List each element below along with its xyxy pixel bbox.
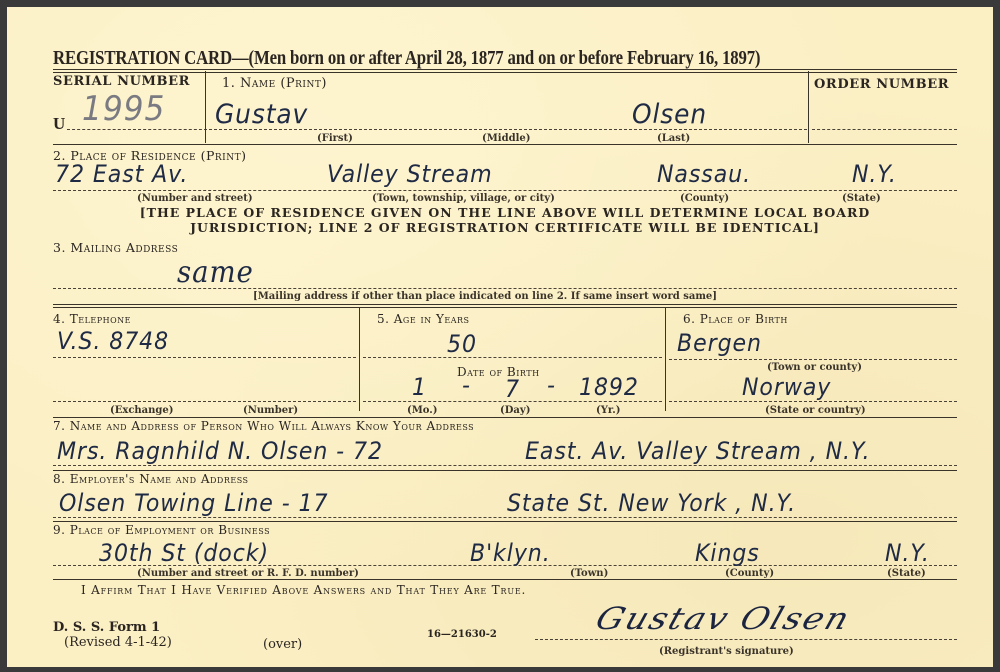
residence-state-value[interactable]: N.Y. xyxy=(852,160,897,188)
order-number-line xyxy=(812,129,957,130)
residence-street-value[interactable]: 72 East Av. xyxy=(55,160,188,188)
employer-line xyxy=(53,517,957,518)
serial-prefix: U xyxy=(53,114,65,134)
year-caption: (Yr.) xyxy=(596,405,620,416)
dob-sep-1: - xyxy=(462,371,471,399)
birth-country-value[interactable]: Norway xyxy=(742,373,831,401)
contact-person-name[interactable]: Mrs. Ragnhild N. Olsen - 72 xyxy=(57,437,383,465)
age-value[interactable]: 50 xyxy=(447,330,477,358)
title-rule xyxy=(53,69,957,73)
row3-rule xyxy=(53,304,957,308)
residence-notice: [THE PLACE OF RESIDENCE GIVEN ON THE LIN… xyxy=(53,205,957,235)
town-caption: (Town, township, village, or city) xyxy=(372,193,555,204)
residence-notice-line2: JURISDICTION; LINE 2 OF REGISTRATION CER… xyxy=(53,220,957,235)
registrant-signature[interactable]: Gustav Olsen xyxy=(591,601,855,637)
telephone-line-2 xyxy=(53,401,356,402)
mailing-caption: [Mailing address if other than place ind… xyxy=(253,291,717,302)
order-number-label: ORDER NUMBER xyxy=(814,77,949,92)
contact-person-address[interactable]: East. Av. Valley Stream , N.Y. xyxy=(525,437,870,465)
residence-county-value[interactable]: Nassau. xyxy=(657,160,751,188)
first-caption: (First) xyxy=(317,133,353,144)
birthplace-label: 6. Place of Birth xyxy=(683,312,788,326)
first-name-value[interactable]: Gustav xyxy=(215,99,308,130)
mailing-value[interactable]: same xyxy=(177,255,254,290)
card-title: REGISTRATION CARD—(Men born on or after … xyxy=(53,48,760,70)
form-revised: (Revised 4-1-42) xyxy=(64,635,172,650)
employer-label: 8. Employer's Name and Address xyxy=(53,472,249,486)
employment-place-label: 9. Place of Employment or Business xyxy=(53,523,270,537)
residence-town-value[interactable]: Valley Stream xyxy=(327,160,492,188)
birth-country-line xyxy=(669,401,957,402)
telephone-line-1 xyxy=(53,357,356,358)
signature-line xyxy=(535,639,957,640)
employer-name[interactable]: Olsen Towing Line - 17 xyxy=(59,489,328,517)
tel-age-divider xyxy=(359,307,360,411)
last-name-value[interactable]: Olsen xyxy=(632,99,707,130)
last-caption: (Last) xyxy=(657,133,690,144)
employment-county-value[interactable]: Kings xyxy=(695,539,760,567)
telephone-value[interactable]: V.S. 8748 xyxy=(57,327,169,355)
row8-rule xyxy=(53,521,957,522)
age-label: 5. Age in Years xyxy=(377,312,470,326)
middle-caption: (Middle) xyxy=(482,133,530,144)
dob-month-value[interactable]: 1 xyxy=(412,373,427,401)
residence-line xyxy=(53,190,957,191)
employment-county-caption: (County) xyxy=(725,568,774,579)
dob-day-value[interactable]: 7 xyxy=(505,375,520,403)
state-caption: (State) xyxy=(842,193,881,204)
print-code: 16—21630-2 xyxy=(427,629,497,640)
birth-town-caption: (Town or county) xyxy=(767,362,862,373)
name-label: 1. Name (Print) xyxy=(222,76,327,91)
employment-street-value[interactable]: 30th St (dock) xyxy=(99,539,269,567)
employer-address[interactable]: State St. New York , N.Y. xyxy=(507,489,796,517)
signature-caption: (Registrant's signature) xyxy=(659,646,794,657)
employment-town-value[interactable]: B'klyn. xyxy=(470,539,551,567)
employment-state-caption: (State) xyxy=(887,568,926,579)
county-caption: (County) xyxy=(680,193,729,204)
residence-notice-line1: [THE PLACE OF RESIDENCE GIVEN ON THE LIN… xyxy=(53,205,957,220)
serial-number-value[interactable]: 1995 xyxy=(82,89,165,129)
number-caption: (Number) xyxy=(243,405,298,416)
exchange-caption: (Exchange) xyxy=(110,405,174,416)
serial-number-line xyxy=(67,129,207,130)
birth-town-line xyxy=(669,359,957,360)
employment-street-caption: (Number and street or R. F. D. number) xyxy=(137,568,359,579)
row7-rule xyxy=(53,470,957,471)
serial-number-label: SERIAL NUMBER xyxy=(53,74,190,89)
mailing-label: 3. Mailing Address xyxy=(53,240,178,255)
age-line xyxy=(363,357,662,358)
employment-state-value[interactable]: N.Y. xyxy=(885,539,930,567)
contact-person-label: 7. Name and Address of Person Who Will A… xyxy=(53,419,474,433)
age-birth-divider xyxy=(665,307,666,411)
row1-rule xyxy=(53,144,957,145)
row456-rule xyxy=(53,417,957,418)
over-note: (over) xyxy=(263,637,302,652)
affirmation-text: I Affirm That I Have Verified Above Answ… xyxy=(81,583,526,597)
serial-name-divider xyxy=(205,71,206,143)
row9-rule xyxy=(53,579,957,580)
name-order-divider xyxy=(808,71,809,143)
dob-sep-2: - xyxy=(547,371,556,399)
registration-card: REGISTRATION CARD—(Men born on or after … xyxy=(7,7,993,667)
birth-town-value[interactable]: Bergen xyxy=(677,329,762,357)
employment-town-caption: (Town) xyxy=(570,568,608,579)
month-caption: (Mo.) xyxy=(407,405,438,416)
day-caption: (Day) xyxy=(500,405,530,416)
telephone-label: 4. Telephone xyxy=(53,312,131,326)
form-name: D. S. S. Form 1 xyxy=(53,620,160,635)
contact-person-line xyxy=(53,465,957,466)
dob-year-value[interactable]: 1892 xyxy=(579,373,639,401)
street-caption: (Number and street) xyxy=(137,193,253,204)
birth-country-caption: (State or country) xyxy=(765,405,866,416)
